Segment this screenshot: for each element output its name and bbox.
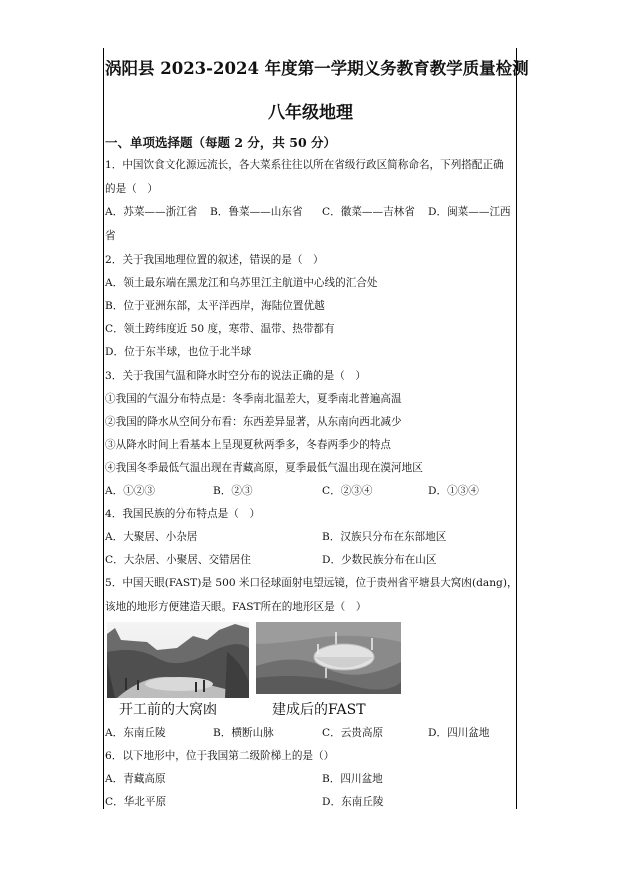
q5-option-d: D．四川盆地 (428, 725, 489, 741)
q2-stem: 2．关于我国地理位置的叙述，错误的是（ ） (105, 252, 324, 268)
exam-subtitle: 八年级地理 (105, 98, 516, 123)
q3-option-c: C．②③④ (322, 483, 372, 499)
photo-karst-depression (107, 622, 249, 698)
q4-stem: 4．我国民族的分布特点是（ ） (105, 506, 260, 522)
q5-option-a: A．东南丘陵 (105, 725, 166, 741)
photo-fast-telescope (256, 622, 401, 694)
q4-option-c: C．大杂居、小聚居、交错居住 (105, 552, 251, 568)
q2-option-d: D．位于东半球，也位于北半球 (105, 344, 251, 360)
q5-option-b: B．横断山脉 (213, 725, 274, 741)
q1-option-c: C．徽菜——吉林省 (322, 204, 415, 220)
q1-stem-line-1: 1．中国饮食文化源远流长，各大菜系往往以所在省级行政区简称命名，下列搭配正确 (105, 157, 504, 173)
q4-option-b: B．汉族只分布在东部地区 (322, 529, 446, 545)
q5-option-c: C．云贵高原 (322, 725, 383, 741)
q1-option-d-overflow: 省 (105, 228, 116, 244)
q5-stem-line-2: 该地的地形方便建造天眼。FAST所在的地形区是（ ） (105, 599, 366, 615)
q3-statement-4: ④我国冬季最低气温出现在青藏高原，夏季最低气温出现在漠河地区 (105, 460, 423, 476)
q6-option-b: B．四川盆地 (322, 771, 383, 787)
q1-option-d: D．闽菜——江西 (428, 204, 511, 220)
q3-option-d: D．①③④ (428, 483, 479, 499)
caption-after-construction: 建成后的FAST (272, 699, 366, 719)
q4-option-d: D．少数民族分布在山区 (322, 552, 436, 568)
q3-statement-2: ②我国的降水从空间分布看：东西差异显著，从东南向西北减少 (105, 414, 402, 430)
q6-option-a: A．青藏高原 (105, 771, 166, 787)
q3-statement-1: ①我国的气温分布特点是：冬季南北温差大，夏季南北普遍高温 (105, 391, 402, 407)
caption-before-construction: 开工前的大窝凼 (119, 699, 217, 719)
q4-option-a: A．大聚居、小杂居 (105, 529, 197, 545)
q1-option-a: A．苏菜——浙江省 (105, 204, 197, 220)
q6-option-d: D．东南丘陵 (322, 794, 383, 810)
section-heading: 一、单项选择题（每题 2 分，共 50 分） (105, 133, 336, 151)
q1-stem-line-2: 的是（ ） (105, 181, 158, 197)
q2-option-a: A．领土最东端在黑龙江和乌苏里江主航道中心线的汇合处 (105, 275, 378, 291)
q3-statement-3: ③从降水时间上看基本上呈现夏秋两季多，冬春两季少的特点 (105, 437, 391, 453)
q2-option-c: C．领土跨纬度近 50 度，寒带、温带、热带都有 (105, 321, 335, 337)
exam-title: 涡阳县 2023-2024 年度第一学期义务教育教学质量检测 (105, 55, 516, 79)
q6-stem: 6．以下地形中，位于我国第二级阶梯上的是（） (105, 748, 334, 764)
q3-option-b: B．②③ (213, 483, 253, 499)
q3-stem: 3．关于我国气温和降水时空分布的说法正确的是（ ） (105, 368, 366, 384)
page-border-left (103, 48, 104, 809)
page-border-right (516, 48, 517, 809)
q3-option-a: A．①②③ (105, 483, 155, 499)
q5-stem-line-1: 5．中国天眼(FAST)是 500 米口径球面射电望远镜，位于贵州省平塘县大窝凼… (105, 575, 518, 591)
q1-option-b: B．鲁菜——山东省 (210, 204, 303, 220)
q2-option-b: B．位于亚洲东部，太平洋西岸，海陆位置优越 (105, 298, 325, 314)
q6-option-c: C．华北平原 (105, 794, 166, 810)
